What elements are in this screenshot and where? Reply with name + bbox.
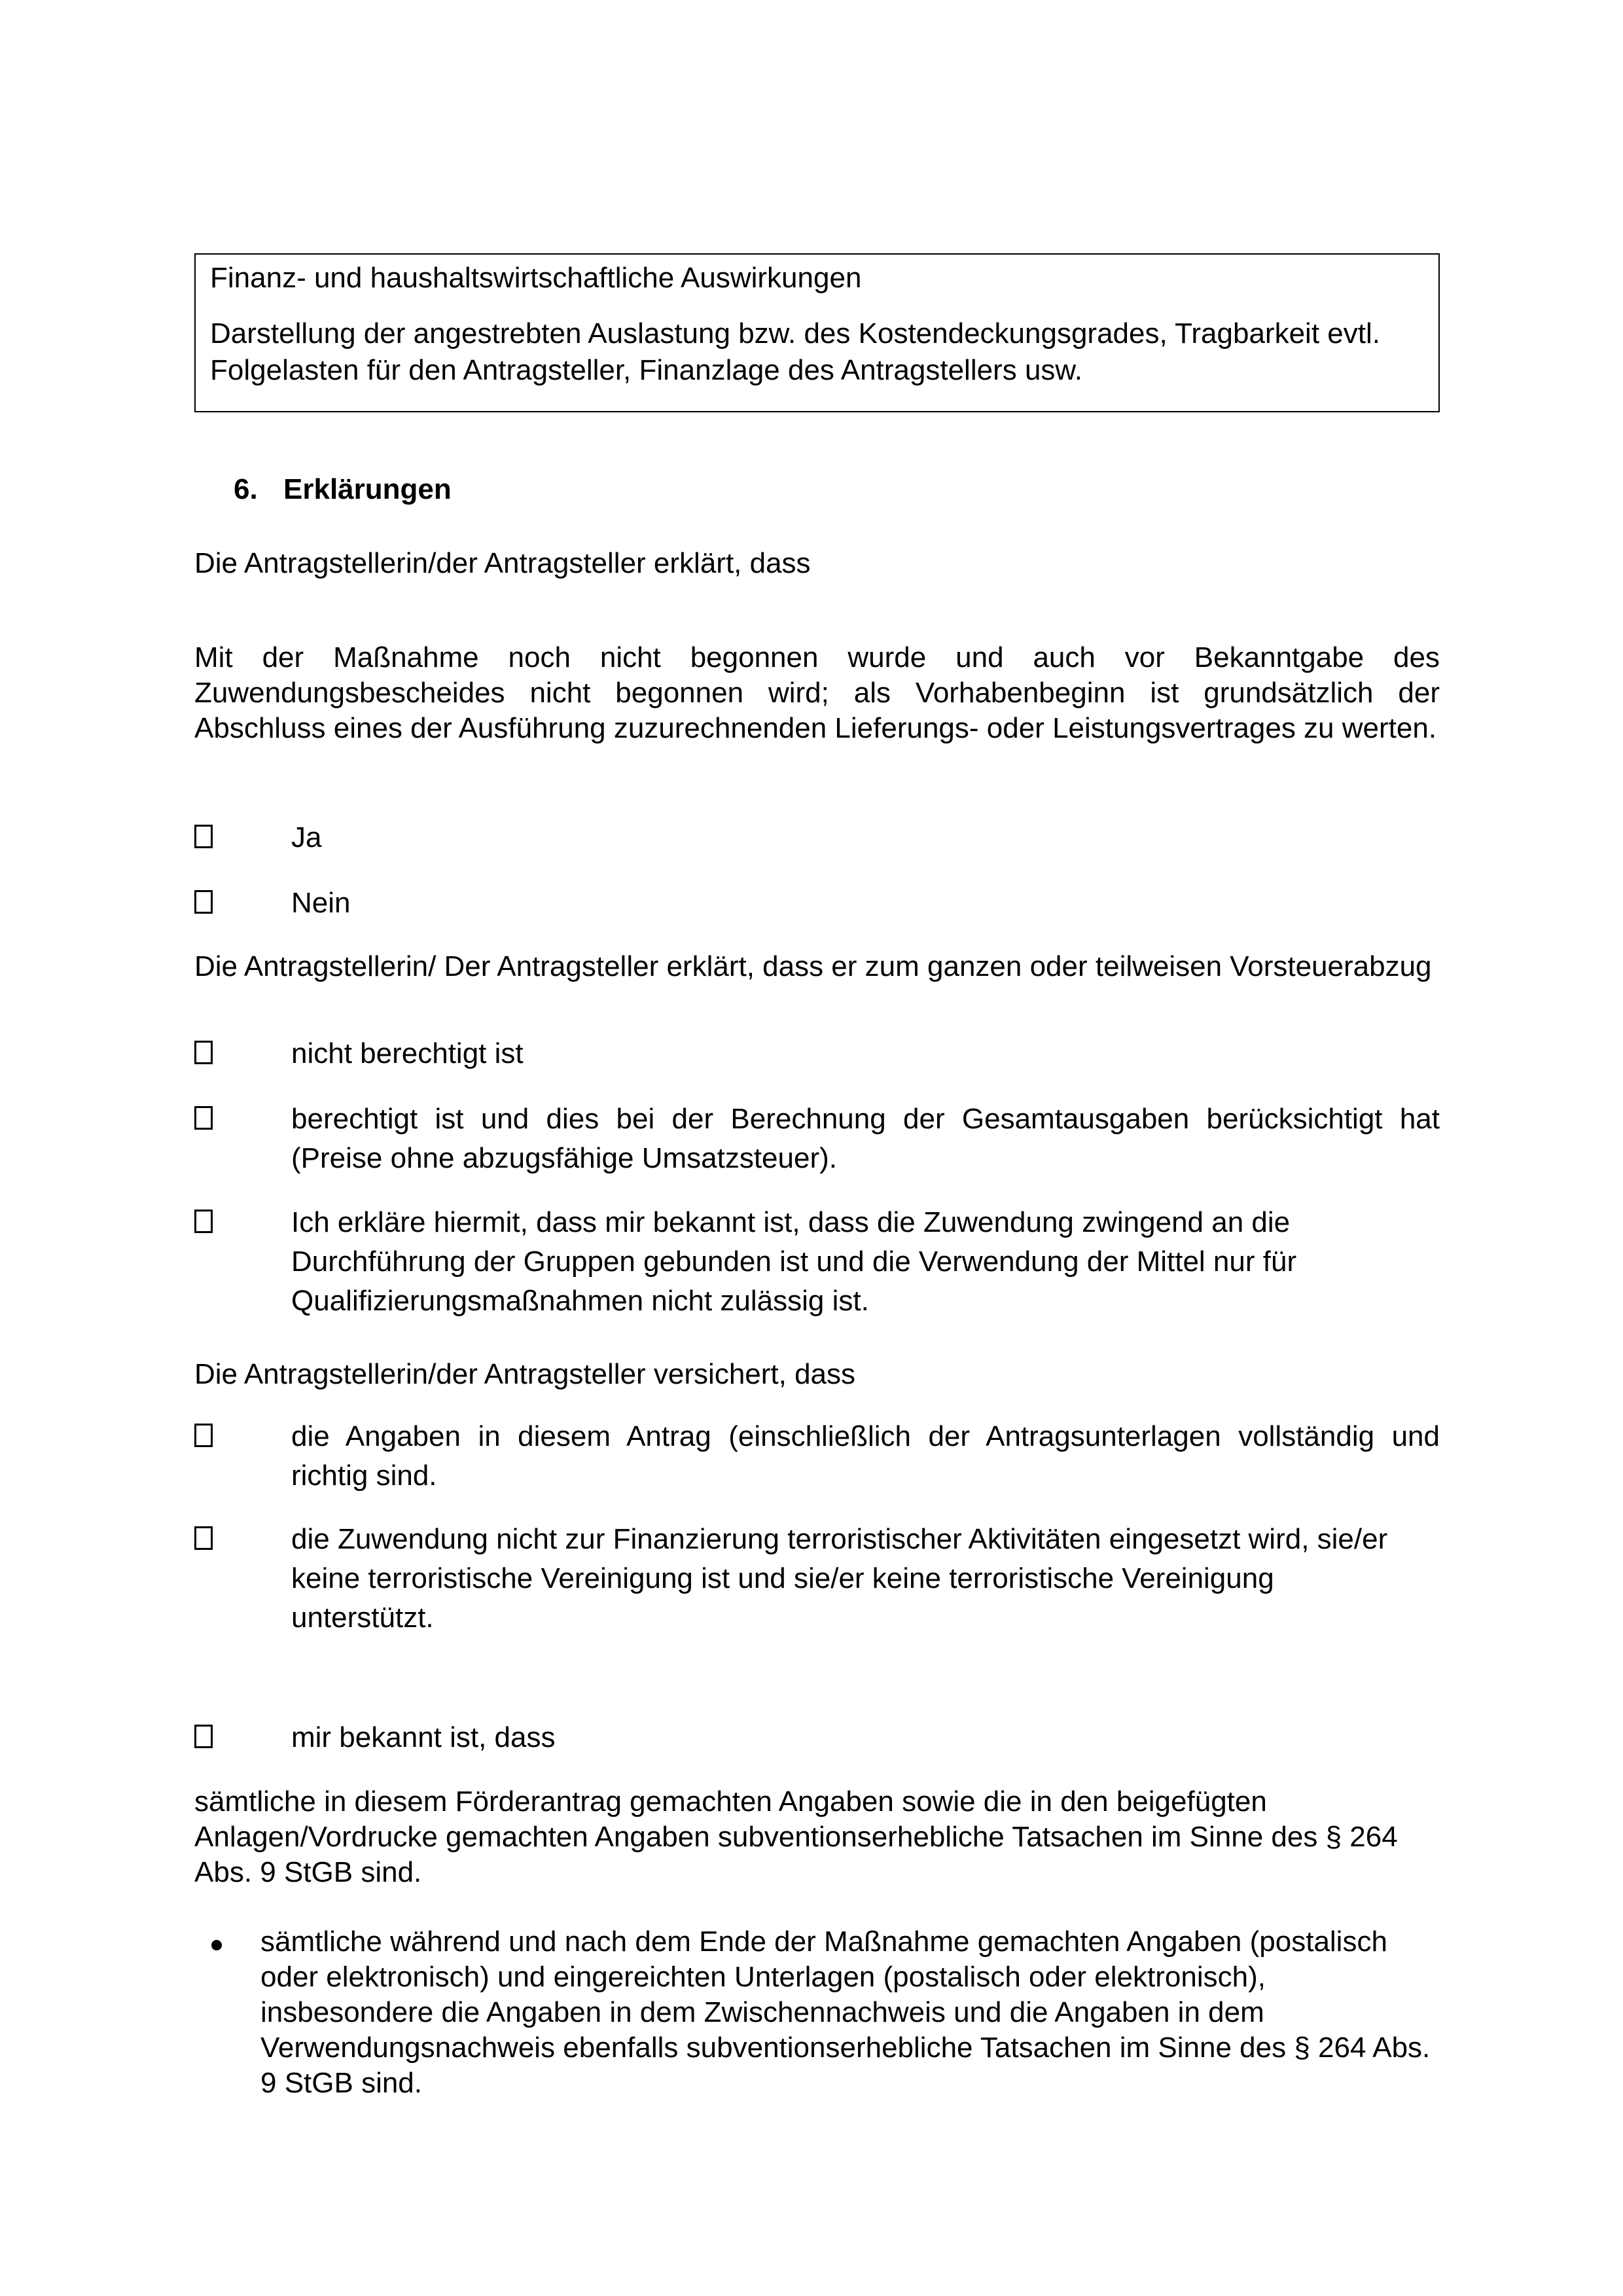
checkbox-icon[interactable] xyxy=(194,1725,213,1748)
option-label: Nein xyxy=(291,884,1440,923)
checkbox-icon[interactable] xyxy=(194,1210,213,1233)
option-label: die Zuwendung nicht zur Finanzierung ter… xyxy=(291,1520,1404,1638)
financial-effects-box: Finanz- und haushaltswirtschaftliche Aus… xyxy=(194,253,1440,412)
bullet-icon xyxy=(211,1940,222,1950)
checkbox-icon[interactable] xyxy=(194,1526,213,1550)
checkbox-icon[interactable] xyxy=(194,890,213,914)
section-number: 6. xyxy=(234,471,283,508)
financial-effects-title: Finanz- und haushaltswirtschaftliche Aus… xyxy=(210,260,861,296)
option-label: Ja xyxy=(291,818,1440,857)
declares-intro: Die Antragstellerin/der Antragsteller er… xyxy=(194,546,1440,581)
section-title: Erklärungen xyxy=(283,473,452,505)
option-label: nicht berechtigt ist xyxy=(291,1034,1440,1073)
bullet-item: sämtliche während und nach dem Ende der … xyxy=(260,1924,1440,2101)
checkbox-icon[interactable] xyxy=(194,1106,213,1130)
checkbox-icon[interactable] xyxy=(194,825,213,848)
checkbox-icon[interactable] xyxy=(194,1424,213,1447)
subsidy-paragraph: sämtliche in diesem Förderantrag gemacht… xyxy=(194,1784,1399,1890)
financial-effects-description: Darstellung der angestrebten Auslastung … xyxy=(210,315,1427,389)
option-label: berechtigt ist und dies bei der Berechnu… xyxy=(291,1100,1440,1178)
section-heading: 6.Erklärungen xyxy=(234,471,452,508)
assures-intro: Die Antragstellerin/der Antragsteller ve… xyxy=(194,1357,1440,1392)
option-label: die Angaben in diesem Antrag (einschließ… xyxy=(291,1417,1440,1496)
measure-not-started-paragraph: Mit der Maßnahme noch nicht begonnen wur… xyxy=(194,640,1440,746)
option-label: mir bekannt ist, dass xyxy=(291,1718,1440,1757)
option-label: Ich erkläre hiermit, dass mir bekannt is… xyxy=(291,1203,1364,1321)
vat-intro: Die Antragstellerin/ Der Antragsteller e… xyxy=(194,949,1440,984)
checkbox-icon[interactable] xyxy=(194,1041,213,1064)
